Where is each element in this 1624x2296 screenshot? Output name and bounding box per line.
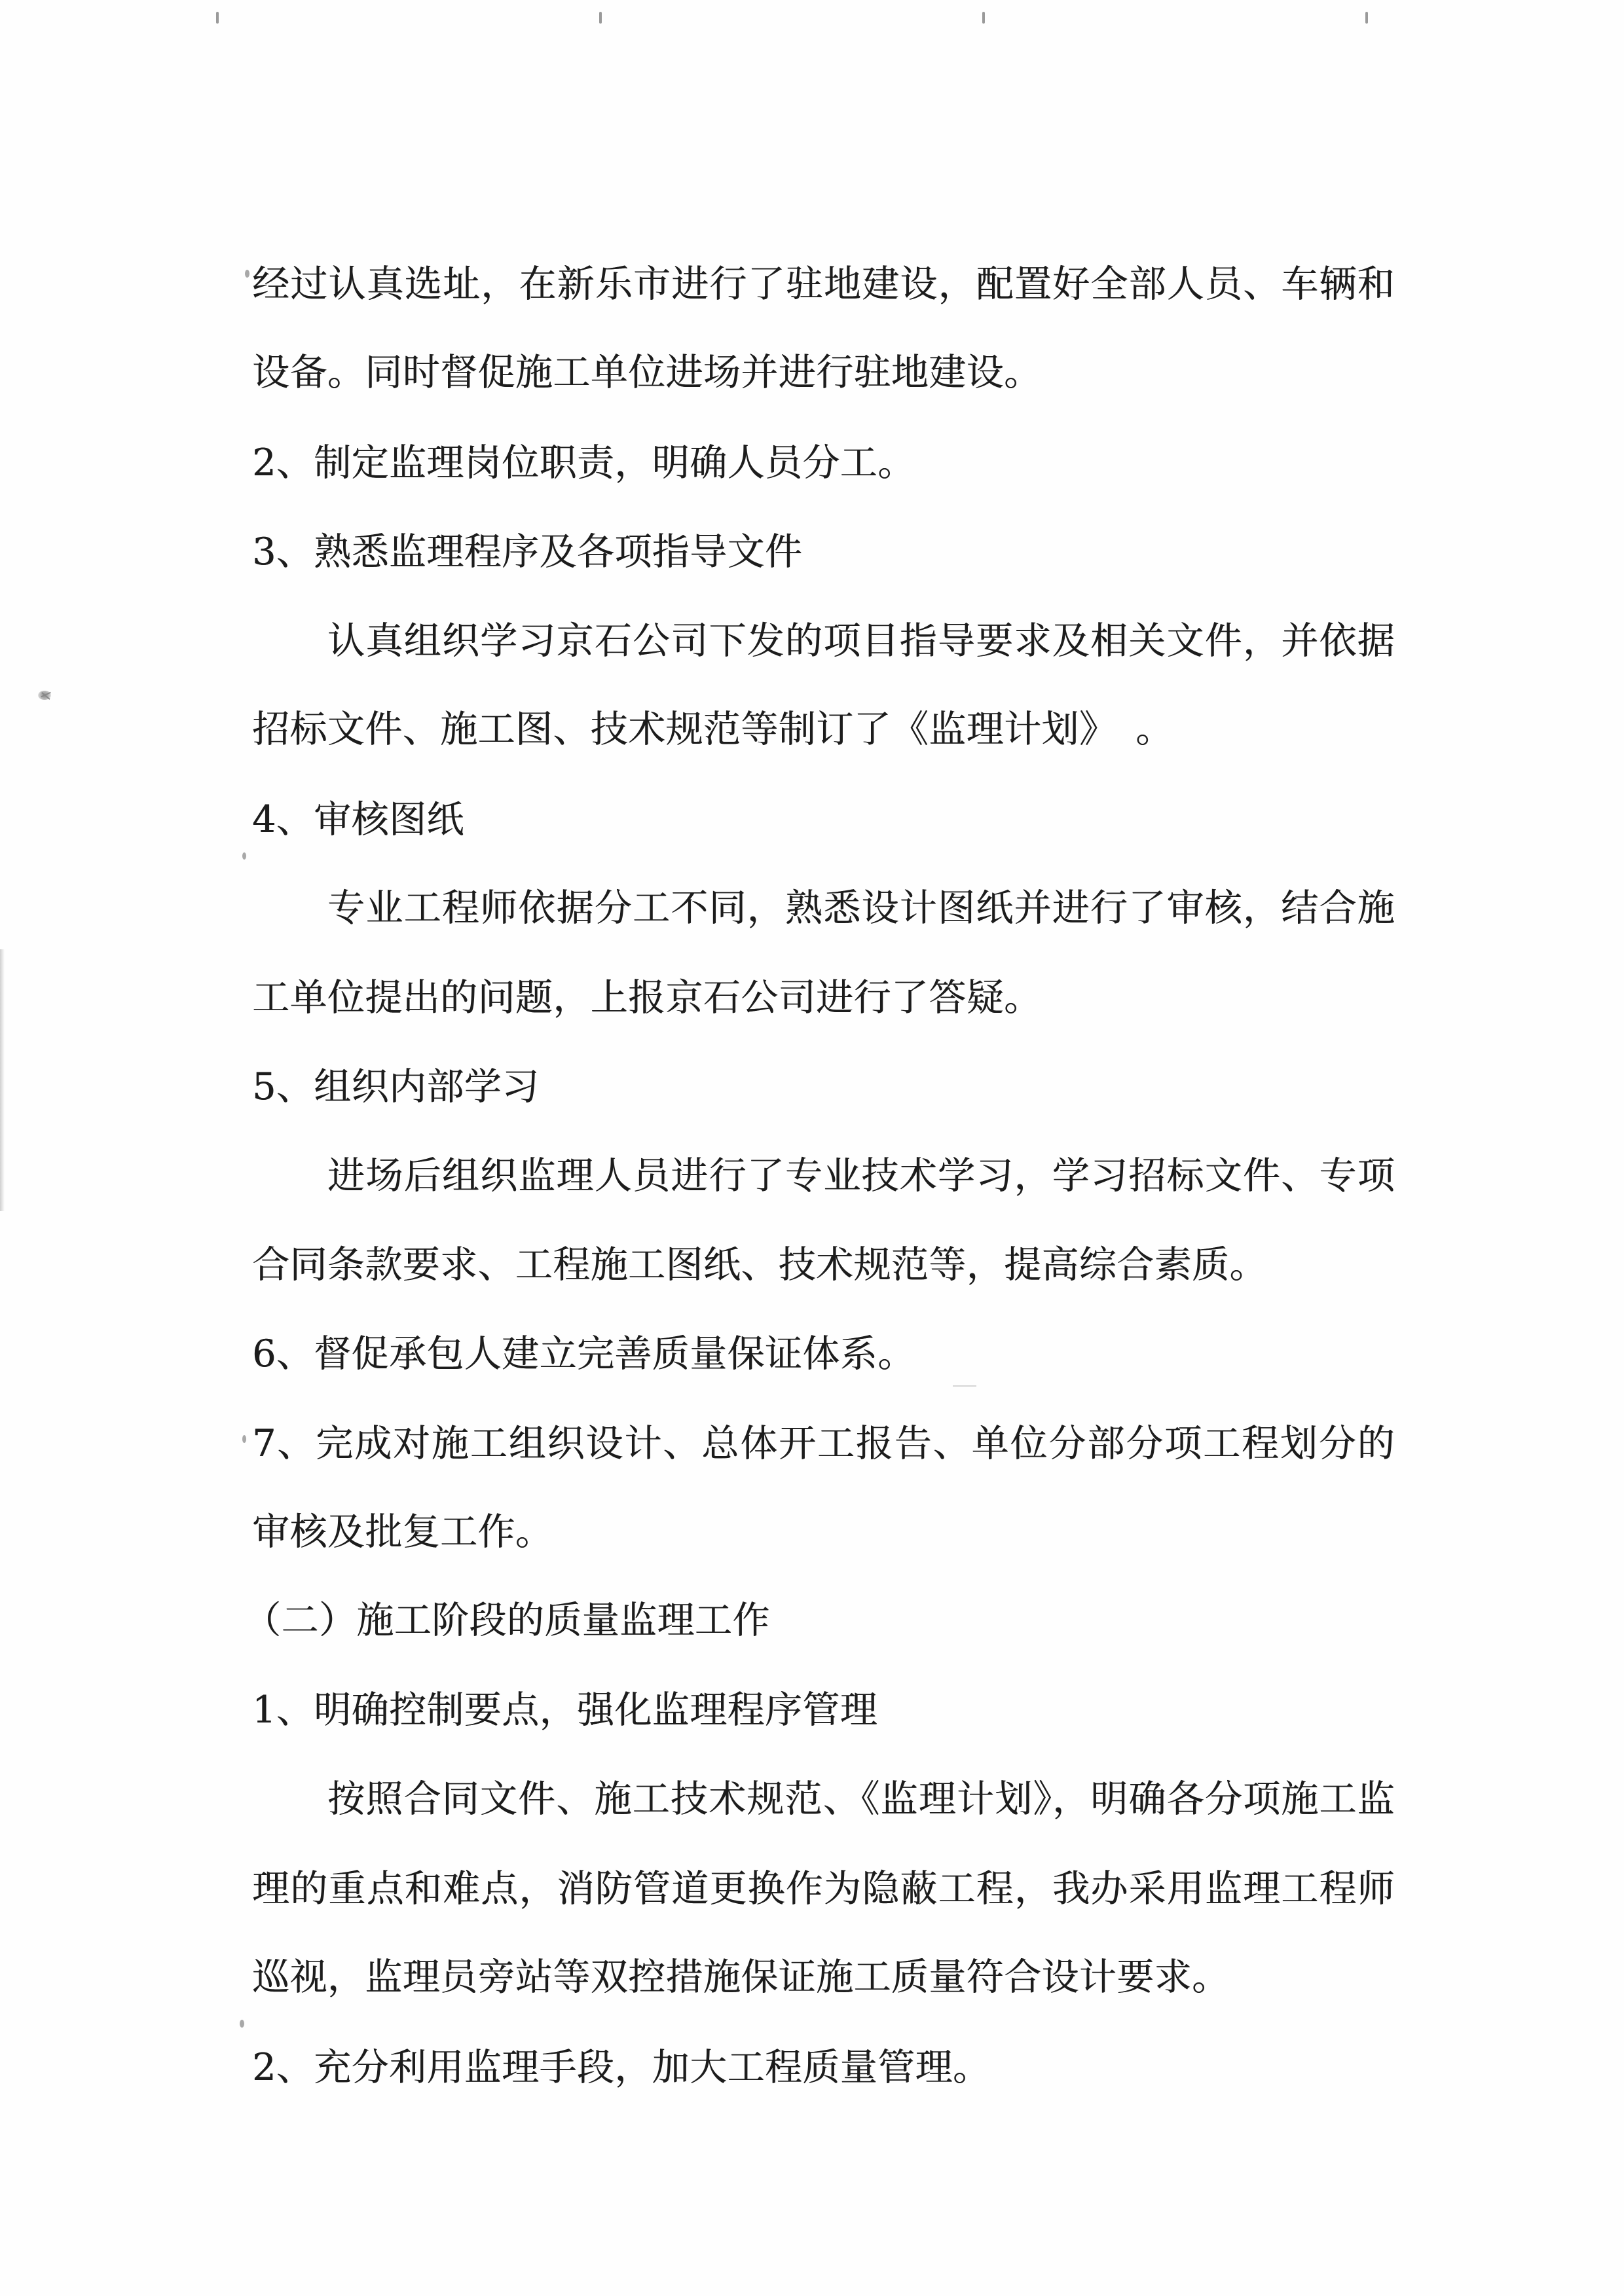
section-2-item-2-heading: 2、充分利用监理手段，加大工程质量管理。 <box>252 2047 990 2088</box>
binding-mark <box>216 12 219 24</box>
scan-speck <box>242 852 246 860</box>
section-2-item-1-paragraph-line-3: 巡视，监理员旁站等双控措施保证施工质量符合设计要求。 <box>252 1956 1229 1998</box>
scan-speck <box>240 2020 244 2028</box>
scanned-page: 经过认真选址，在新乐市进行了驻地建设，配置好全部人员、车辆和 设备。同时督促施工… <box>0 0 1624 2296</box>
binding-mark <box>1365 12 1368 24</box>
body-line-1: 经过认真选址，在新乐市进行了驻地建设，配置好全部人员、车辆和 <box>252 263 1395 305</box>
section-2-item-1-heading: 1、明确控制要点，强化监理程序管理 <box>252 1689 877 1731</box>
section-2-item-1-paragraph-line-1: 按照合同文件、施工技术规范、《监理计划》，明确各分项施工监 <box>327 1778 1395 1820</box>
item-3-paragraph-line-1: 认真组织学习京石公司下发的项目指导要求及相关文件，并依据 <box>327 620 1395 662</box>
item-5-paragraph-line-2: 合同条款要求、工程施工图纸、技术规范等，提高综合素质。 <box>252 1244 1267 1286</box>
item-6-line: 6、督促承包人建立完善质量保证体系。 <box>252 1333 915 1375</box>
binding-mark <box>599 12 602 24</box>
item-7-line-1: 7、完成对施工组织设计、总体开工报告、单位分部分项工程划分的 <box>252 1423 1395 1465</box>
item-7-line-2: 审核及批复工作。 <box>252 1511 553 1553</box>
binding-mark <box>982 12 985 24</box>
scan-speck <box>242 1435 246 1443</box>
scan-debris-mark <box>38 691 51 700</box>
item-2-line: 2、制定监理岗位职责，明确人员分工。 <box>252 442 915 484</box>
item-5-paragraph-line-1: 进场后组织监理人员进行了专业技术学习，学习招标文件、专项 <box>327 1155 1395 1197</box>
item-4-heading: 4、审核图纸 <box>252 799 464 841</box>
section-2-item-1-paragraph-line-2: 理的重点和难点，消防管道更换作为隐蔽工程，我办采用监理工程师 <box>252 1868 1395 1910</box>
scan-edge-shadow <box>0 949 5 1211</box>
section-2-heading: （二）施工阶段的质量监理工作 <box>244 1599 770 1641</box>
item-3-paragraph-line-2: 招标文件、施工图、技术规范等制订了《监理计划》 。 <box>252 708 1173 750</box>
item-5-heading: 5、组织内部学习 <box>252 1066 539 1108</box>
scan-speck <box>245 270 249 278</box>
item-4-paragraph-line-2: 工单位提出的问题，上报京石公司进行了答疑。 <box>252 977 1041 1019</box>
body-line-2: 设备。同时督促施工单位进场并进行驻地建设。 <box>252 352 1041 393</box>
scan-faint-line <box>953 1385 976 1387</box>
item-4-paragraph-line-1: 专业工程师依据分工不同，熟悉设计图纸并进行了审核，结合施 <box>327 887 1395 929</box>
item-3-heading: 3、熟悉监理程序及各项指导文件 <box>252 531 802 573</box>
